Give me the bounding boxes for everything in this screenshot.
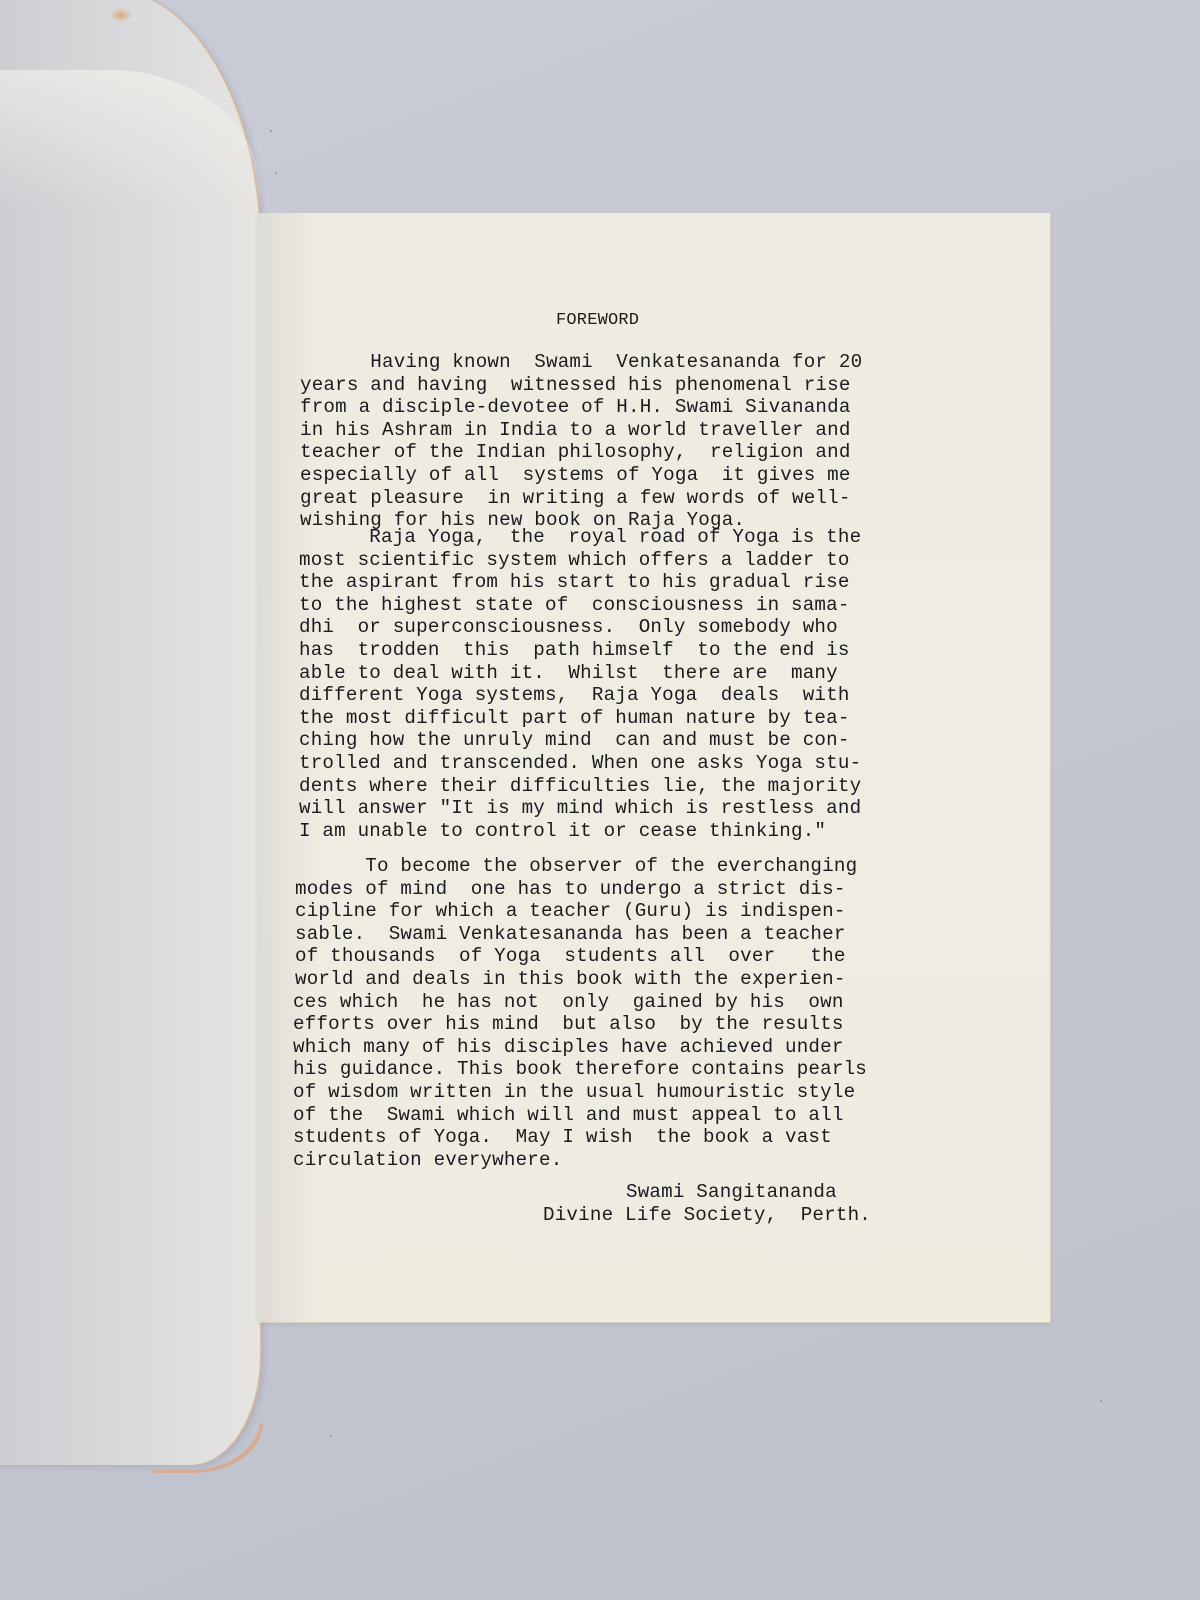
foreword-line: from a disciple-devotee of H.H. Swami Si… [300,396,851,418]
surface-speck [270,130,272,132]
foreword-line: Raja Yoga, the royal road of Yoga is the [299,526,861,548]
foreword-line: ching how the unruly mind can and must b… [299,729,850,751]
foreword-line: the most difficult part of human nature … [299,707,850,729]
foreword-line: able to deal with it. Whilst there are m… [299,662,838,684]
foreword-line: his guidance. This book therefore contai… [293,1058,867,1080]
foreword-line: Having known Swami Venkatesananda for 20 [300,351,862,373]
signature-organization: Divine Life Society, Perth. [543,1204,871,1226]
foreword-line: world and deals in this book with the ex… [295,968,846,990]
foreword-line: great pleasure in writing a few words of… [300,487,851,509]
foreword-line: dents where their difficulties lie, the … [299,775,861,797]
surface-speck [330,1435,332,1437]
surface-speck [1100,1400,1102,1402]
foreword-line: in his Ashram in India to a world travel… [300,419,851,441]
foreword-line: which many of his disciples have achieve… [293,1036,844,1058]
page-edge-stain [110,8,132,22]
signature-name: Swami Sangitananda [626,1181,837,1203]
foreword-line: modes of mind one has to undergo a stric… [295,878,846,900]
foreword-line: teacher of the Indian philosophy, religi… [300,441,851,463]
foreword-line: has trodden this path himself to the end… [299,639,850,661]
foreword-page: FOREWORD Having known Swami Venkatesanan… [258,213,1050,1322]
page-title: FOREWORD [556,311,639,330]
foreword-line: sable. Swami Venkatesananda has been a t… [295,923,846,945]
page-edge-stain [150,1420,260,1470]
foreword-line: to the highest state of consciousness in… [299,594,850,616]
foreword-line: efforts over his mind but also by the re… [293,1013,844,1035]
foreword-line: cipline for which a teacher (Guru) is in… [295,900,846,922]
foreword-line: will answer "It is my mind which is rest… [299,797,861,819]
foreword-line: ces which he has not only gained by his … [293,991,844,1013]
foreword-line: To become the observer of the everchangi… [295,855,857,877]
foreword-line: dhi or superconsciousness. Only somebody… [299,616,838,638]
foreword-line: circulation everywhere. [293,1149,562,1171]
foreword-line: years and having witnessed his phenomena… [300,374,851,396]
curled-left-page [0,0,260,1465]
foreword-line: different Yoga systems, Raja Yoga deals … [299,684,850,706]
foreword-line: trolled and transcended. When one asks Y… [299,752,861,774]
foreword-line: of the Swami which will and must appeal … [293,1104,844,1126]
foreword-line: most scientific system which offers a la… [299,549,850,571]
foreword-line: I am unable to control it or cease think… [299,820,826,842]
foreword-line: students of Yoga. May I wish the book a … [293,1126,832,1148]
foreword-line: of thousands of Yoga students all over t… [295,945,846,967]
foreword-line: especially of all systems of Yoga it giv… [300,464,851,486]
foreword-line: of wisdom written in the usual humourist… [293,1081,855,1103]
surface-speck [275,172,277,174]
foreword-line: the aspirant from his start to his gradu… [299,571,850,593]
